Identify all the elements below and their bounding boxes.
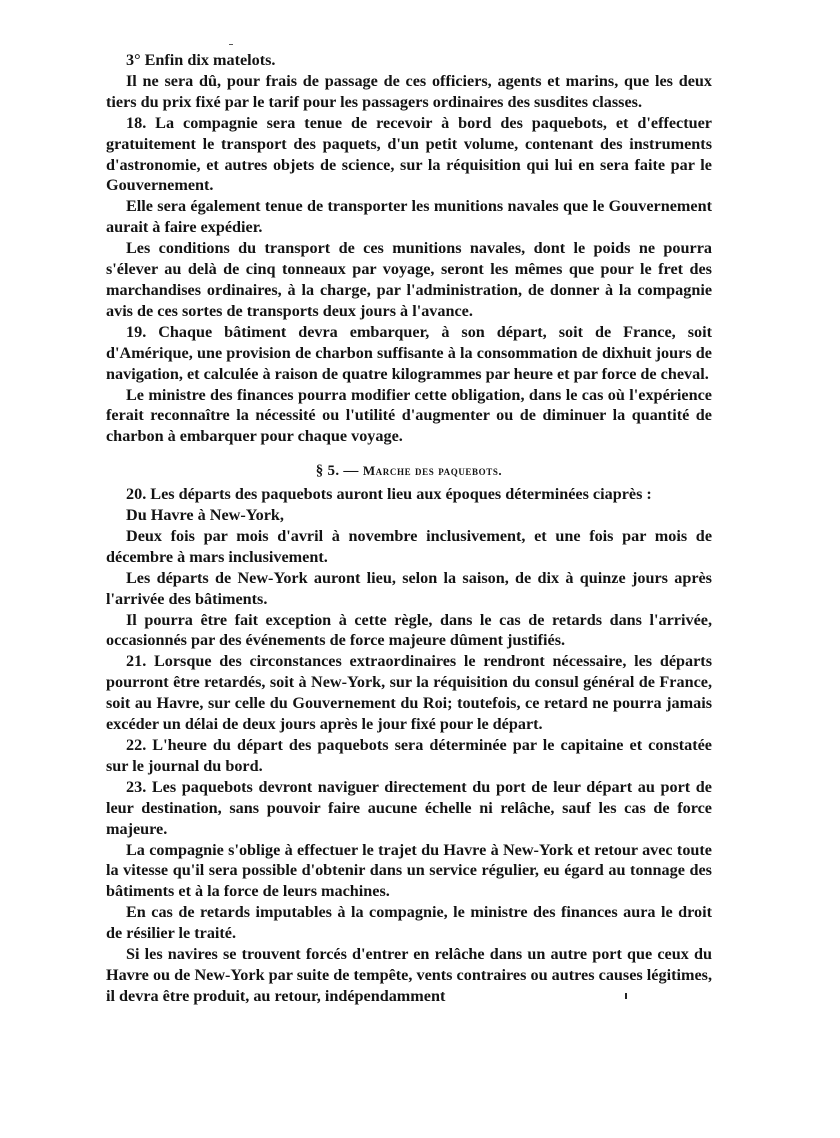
scan-artifact-mark	[229, 44, 233, 45]
paragraph-schedule: Deux fois par mois d'avril à novembre in…	[106, 526, 712, 568]
paragraph-article-21: 21. Lorsque des circonstances extraordin…	[106, 651, 712, 735]
paragraph-exception: Il pourra être fait exception à cette rè…	[106, 610, 712, 652]
paragraph-transport-conditions: Les conditions du transport de ces munit…	[106, 238, 712, 322]
paragraph-article-22: 22. L'heure du départ des paquebots sera…	[106, 735, 712, 777]
paragraph-passage-fees: Il ne sera dû, pour frais de passage de …	[106, 71, 712, 113]
paragraph-article-23: 23. Les paquebots devront naviguer direc…	[106, 777, 712, 840]
paragraph-speed-obligation: La compagnie s'oblige à effectuer le tra…	[106, 840, 712, 903]
paragraph-article-18: 18. La compagnie sera tenue de recevoir …	[106, 113, 712, 197]
paragraph-article-19: 19. Chaque bâtiment devra embarquer, à s…	[106, 322, 712, 385]
paragraph-forced-stopover: Si les navires se trouvent forcés d'entr…	[106, 944, 712, 1007]
paragraph-item-3: 3° Enfin dix matelots.	[106, 50, 712, 71]
section-title: Marche des paquebots.	[363, 463, 502, 478]
paragraph-newyork-departures: Les départs de New-York auront lieu, sel…	[106, 568, 712, 610]
document-page: 3° Enfin dix matelots. Il ne sera dû, po…	[106, 50, 712, 1007]
paragraph-article-20: 20. Les départs des paquebots auront lie…	[106, 484, 712, 505]
paragraph-havre-newyork: Du Havre à New-York,	[106, 505, 712, 526]
section-number: § 5. —	[316, 463, 359, 479]
paragraph-minister-coal: Le ministre des finances pourra modifier…	[106, 385, 712, 448]
paragraph-naval-munitions: Elle sera également tenue de transporter…	[106, 196, 712, 238]
paragraph-delay-termination: En cas de retards imputables à la compag…	[106, 902, 712, 944]
section-heading: § 5. — Marche des paquebots.	[106, 461, 712, 482]
